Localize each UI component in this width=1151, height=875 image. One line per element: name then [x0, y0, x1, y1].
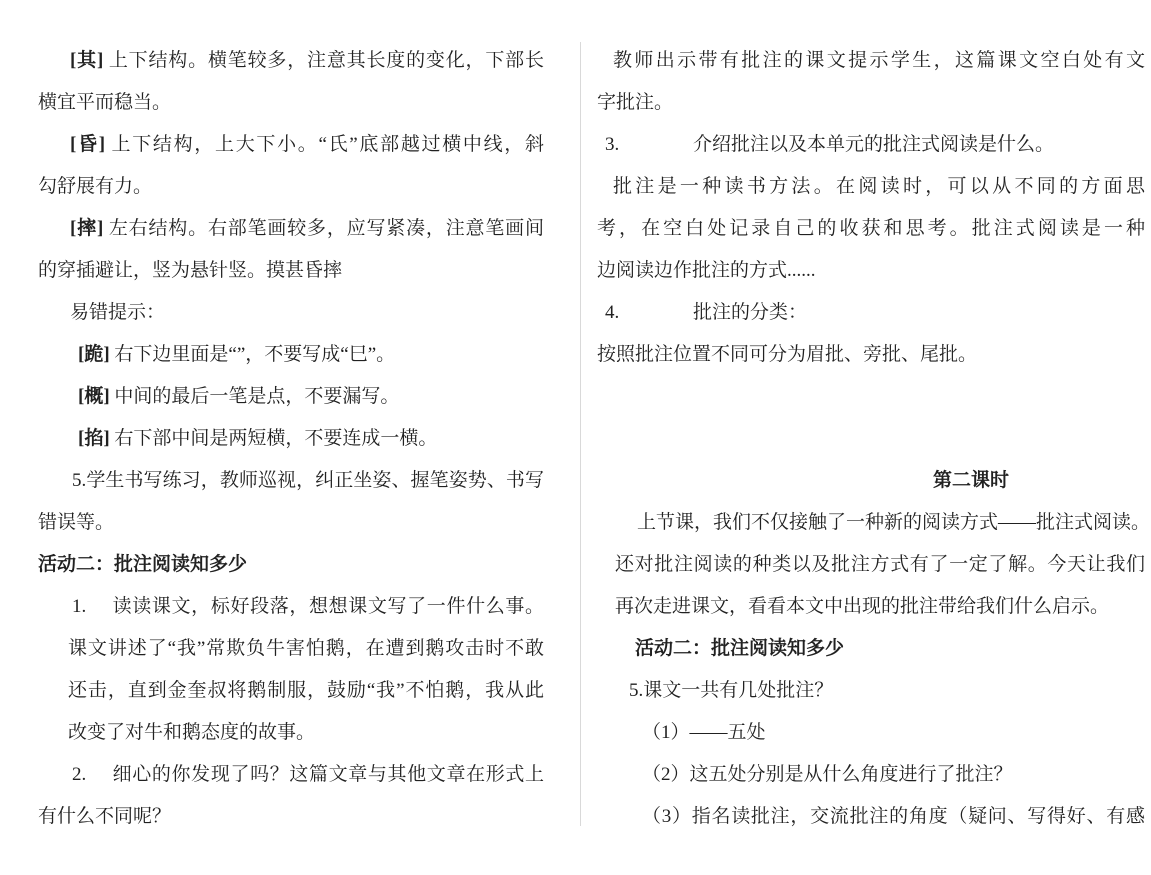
text-line: 批注是一种读书方法。在阅读时，可以从不同的方面思: [597, 166, 1145, 208]
text-line: 3.介绍批注以及本单元的批注式阅读是什么。: [597, 124, 1145, 166]
heading-text: 第二课时: [933, 470, 1009, 491]
blank-line: [597, 376, 1145, 418]
text-line: （1）——五处: [597, 712, 1145, 754]
line-text: 易错提示：: [70, 302, 165, 323]
heading-text: 活动二：批注阅读知多少: [635, 638, 844, 659]
line-text: 再次走进课文，看看本文中出现的批注带给我们什么启示。: [615, 596, 1109, 617]
bold-term: [概]: [78, 386, 110, 407]
text-line: 4.批注的分类：: [597, 292, 1145, 334]
text-line: 2.细心的你发现了吗？这篇文章与其他文章在形式上: [38, 754, 544, 796]
text-line: 勾舒展有力。: [38, 166, 544, 208]
line-text: 改变了对牛和鹅态度的故事。: [68, 722, 315, 743]
text-line: 易错提示：: [38, 292, 544, 334]
text-line: 按照批注位置不同可分为眉批、旁批、尾批。: [597, 334, 1145, 376]
text-line: 错误等。: [38, 502, 544, 544]
text-line: [掐] 右下部中间是两短横，不要连成一横。: [38, 418, 544, 460]
text-line: [其] 上下结构。横笔较多，注意其长度的变化，下部长: [38, 40, 544, 82]
line-text: 批注是一种读书方法。在阅读时，可以从不同的方面思: [613, 176, 1145, 197]
text-line: 再次走进课文，看看本文中出现的批注带给我们什么启示。: [597, 586, 1145, 628]
blank-line: [597, 418, 1145, 460]
line-text: 细心的你发现了吗？这篇文章与其他文章在形式上: [112, 764, 544, 785]
line-text: 右下部中间是两短横，不要连成一横。: [110, 428, 438, 449]
line-text: 上节课，我们不仅接触了一种新的阅读方式——批注式阅读。: [637, 512, 1150, 533]
line-text: （1）——五处: [642, 722, 766, 743]
bold-term: [跪]: [78, 344, 110, 365]
section-heading: 活动二：批注阅读知多少: [38, 544, 544, 586]
text-line: 的穿插避让，竖为悬针竖。摸甚昏摔: [38, 250, 544, 292]
line-text: 读读课文，标好段落，想想课文写了一件什么事。: [112, 596, 544, 617]
document-page: [其] 上下结构。横笔较多，注意其长度的变化，下部长 横宜平而稳当。 [昏] 上…: [0, 0, 1151, 875]
line-text: 考，在空白处记录自己的收获和思考。批注式阅读是一种: [597, 218, 1145, 239]
line-text: 上下结构，上大下小。“氏”底部越过横中线，斜: [105, 134, 544, 155]
text-line: 改变了对牛和鹅态度的故事。: [38, 712, 544, 754]
line-text: 批注的分类：: [693, 302, 807, 323]
text-line: （3）指名读批注，交流批注的角度（疑问、写得好、有感: [597, 796, 1145, 838]
text-line: 考，在空白处记录自己的收获和思考。批注式阅读是一种: [597, 208, 1145, 250]
line-text: 还对批注阅读的种类以及批注方式有了一定了解。今天让我们: [615, 554, 1145, 575]
line-text: 5.课文一共有几处批注？: [629, 680, 833, 701]
line-text: 有什么不同呢？: [38, 806, 171, 827]
text-line: 横宜平而稳当。: [38, 82, 544, 124]
line-number: 1.: [72, 586, 112, 628]
line-text: 上下结构。横笔较多，注意其长度的变化，下部长: [103, 50, 544, 71]
bold-term: [其]: [70, 50, 103, 71]
bold-term: [昏]: [70, 134, 105, 155]
line-text: 右下边里面是“”，不要写成“巳”。: [110, 344, 395, 365]
text-line: 字批注。: [597, 82, 1145, 124]
text-line: 教师出示带有批注的课文提示学生，这篇课文空白处有文: [597, 40, 1145, 82]
text-line: 5.学生书写练习，教师巡视，纠正坐姿、握笔姿势、书写: [38, 460, 544, 502]
line-number: 3.: [605, 124, 693, 166]
line-text: 还击，直到金奎叔将鹅制服，鼓励“我”不怕鹅，我从此: [68, 680, 544, 701]
line-text: 边阅读边作批注的方式......: [597, 260, 816, 281]
line-text: 5.学生书写练习，教师巡视，纠正坐姿、握笔姿势、书写: [72, 470, 544, 491]
text-line: （2）这五处分别是从什么角度进行了批注？: [597, 754, 1145, 796]
text-line: [概] 中间的最后一笔是点，不要漏写。: [38, 376, 544, 418]
line-text: 字批注。: [597, 92, 673, 113]
heading-text: 活动二：批注阅读知多少: [38, 554, 247, 575]
line-text: 教师出示带有批注的课文提示学生，这篇课文空白处有文: [613, 50, 1145, 71]
line-text: （3）指名读批注，交流批注的角度（疑问、写得好、有感: [642, 806, 1145, 827]
text-line: 5.课文一共有几处批注？: [597, 670, 1145, 712]
line-number: 2.: [72, 754, 112, 796]
text-line: 还击，直到金奎叔将鹅制服，鼓励“我”不怕鹅，我从此: [38, 670, 544, 712]
text-line: 课文讲述了“我”常欺负牛害怕鹅，在遭到鹅攻击时不敢: [38, 628, 544, 670]
text-line: 边阅读边作批注的方式......: [597, 250, 1145, 292]
right-column: 教师出示带有批注的课文提示学生，这篇课文空白处有文 字批注。 3.介绍批注以及本…: [597, 40, 1145, 838]
line-text: 错误等。: [38, 512, 114, 533]
line-text: 勾舒展有力。: [38, 176, 152, 197]
line-text: 介绍批注以及本单元的批注式阅读是什么。: [693, 134, 1054, 155]
line-text: 中间的最后一笔是点，不要漏写。: [110, 386, 400, 407]
line-text: （2）这五处分别是从什么角度进行了批注？: [642, 764, 1013, 785]
line-text: 左右结构。右部笔画较多，应写紧凑，注意笔画间: [103, 218, 544, 239]
text-line: 上节课，我们不仅接触了一种新的阅读方式——批注式阅读。: [597, 502, 1145, 544]
text-line: 还对批注阅读的种类以及批注方式有了一定了解。今天让我们: [597, 544, 1145, 586]
text-line: 1.读读课文，标好段落，想想课文写了一件什么事。: [38, 586, 544, 628]
lesson-heading: 第二课时: [597, 460, 1145, 502]
line-text: 课文讲述了“我”常欺负牛害怕鹅，在遭到鹅攻击时不敢: [68, 638, 544, 659]
column-divider: [580, 42, 581, 826]
text-line: [摔] 左右结构。右部笔画较多，应写紧凑，注意笔画间: [38, 208, 544, 250]
line-text: 按照批注位置不同可分为眉批、旁批、尾批。: [597, 344, 977, 365]
bold-term: [掐]: [78, 428, 110, 449]
line-text: 横宜平而稳当。: [38, 92, 171, 113]
text-line: [跪] 右下边里面是“”，不要写成“巳”。: [38, 334, 544, 376]
line-text: 的穿插避让，竖为悬针竖。摸甚昏摔: [38, 260, 342, 281]
left-column: [其] 上下结构。横笔较多，注意其长度的变化，下部长 横宜平而稳当。 [昏] 上…: [38, 40, 544, 838]
line-number: 4.: [605, 292, 693, 334]
section-heading: 活动二：批注阅读知多少: [597, 628, 1145, 670]
bold-term: [摔]: [70, 218, 103, 239]
text-line: 有什么不同呢？: [38, 796, 544, 838]
text-line: [昏] 上下结构，上大下小。“氏”底部越过横中线，斜: [38, 124, 544, 166]
